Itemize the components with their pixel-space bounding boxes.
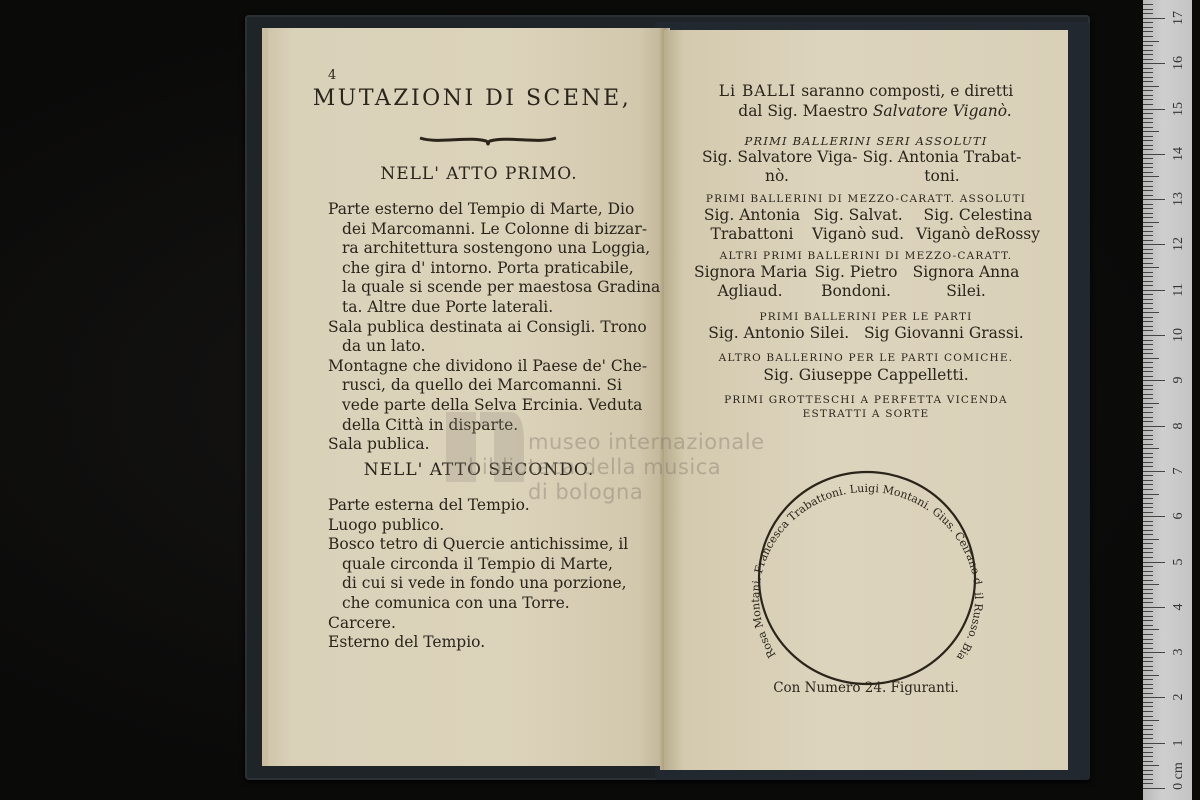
ruler-tick — [1143, 290, 1165, 291]
ruler-tick — [1143, 679, 1153, 680]
ruler-mark-label: 8 — [1171, 416, 1187, 436]
ruler-tick — [1143, 607, 1165, 608]
dancer-name: Bondoni. — [806, 282, 906, 301]
ruler-tick — [1143, 643, 1153, 644]
ruler-tick — [1143, 9, 1153, 10]
ruler-tick — [1143, 344, 1153, 345]
left-page: 4 MUTAZIONI DI SCENE, NELL' ATTO PRIMO. … — [262, 28, 670, 766]
dancer-name: Sig. Salvat. — [806, 206, 910, 225]
act-primo-text: Parte esterno del Tempio di Marte, Dio d… — [328, 200, 648, 455]
ruler-tick — [1143, 312, 1159, 313]
ruler-tick — [1143, 349, 1153, 350]
dancer-name: Sig. Antonia — [698, 206, 806, 225]
ruler-tick — [1143, 693, 1153, 694]
ruler-tick — [1143, 86, 1159, 87]
ruler-tick — [1143, 340, 1153, 341]
ruler-tick — [1143, 448, 1159, 449]
ruler-tick — [1143, 525, 1153, 526]
ruler-tick — [1143, 54, 1153, 55]
ruler-tick — [1143, 380, 1165, 381]
ruler-tick — [1143, 729, 1153, 730]
text-line: da un lato. — [328, 337, 648, 357]
ruler-tick — [1143, 743, 1165, 744]
ruler-tick — [1143, 145, 1153, 146]
ruler-tick — [1143, 453, 1153, 454]
ruler-mark-label: 13 — [1171, 189, 1187, 209]
ruler-tick — [1143, 706, 1153, 707]
ruler-tick — [1143, 45, 1153, 46]
text-line: quale circonda il Tempio di Marte, — [328, 555, 648, 575]
ruler-tick — [1143, 299, 1153, 300]
circular-name-ring: Rosa Montani. Francesca Trabattoni. Luig… — [736, 450, 996, 690]
ruler-tick — [1143, 675, 1159, 676]
ruler-tick — [1143, 734, 1153, 735]
ruler-tick — [1143, 557, 1153, 558]
ruler-tick — [1143, 222, 1159, 223]
section-names: Sig. AntoniaTrabattoni Sig. Salvat.Vigan… — [698, 206, 1046, 244]
ruler-tick — [1143, 127, 1153, 128]
ruler-tick — [1143, 602, 1153, 603]
right-page: Li BALLI saranno composti, e diretti dal… — [664, 30, 1068, 770]
ruler-tick — [1143, 104, 1153, 105]
dancer-name: Sig. Pietro — [806, 263, 906, 282]
ruler-tick — [1143, 566, 1153, 567]
ruler-mark-label: 15 — [1171, 99, 1187, 119]
section-heading: PRIMI BALLERINI PER LE PARTI — [664, 311, 1068, 323]
ruler-mark-label: 16 — [1171, 53, 1187, 73]
text-line: di cui si vede in fondo una porzione, — [328, 574, 648, 594]
choreographer-name: Salvatore Viganò. — [873, 102, 1012, 120]
ruler-tick — [1143, 439, 1153, 440]
ruler-tick — [1143, 172, 1153, 173]
ruler-tick — [1143, 697, 1165, 698]
ruler-tick — [1143, 543, 1153, 544]
ruler-tick — [1143, 648, 1153, 649]
ruler-tick — [1143, 358, 1159, 359]
ruler-tick — [1143, 376, 1153, 377]
ruler-tick — [1143, 31, 1153, 32]
dancer-name: Trabattoni — [698, 225, 806, 244]
ballets-intro-line2: dal Sig. Maestro Salvatore Viganò. — [664, 102, 1068, 121]
ruler-tick — [1143, 95, 1153, 96]
section-heading: PRIMI BALLERINI DI MEZZO-CARATT. ASSOLUT… — [664, 193, 1068, 205]
text-line: Bosco tetro di Quercie antichissime, il — [328, 535, 648, 555]
ruler-tick — [1143, 303, 1153, 304]
dancer-name: Viganò sud. — [806, 225, 910, 244]
dancer-name: Sig. Salvatore Viga- — [702, 148, 852, 167]
ruler-tick — [1143, 779, 1153, 780]
dancer-name: Signora Maria — [694, 263, 806, 282]
ruler-tick — [1143, 670, 1153, 671]
ruler-tick — [1143, 475, 1153, 476]
ruler-tick — [1143, 530, 1153, 531]
ruler-tick — [1143, 122, 1153, 123]
ruler-tick — [1143, 317, 1153, 318]
ruler-mark-label: 6 — [1171, 506, 1187, 526]
ruler-mark-label: 3 — [1171, 642, 1187, 662]
dancer-name: Silei. — [906, 282, 1026, 301]
ruler-mark-label: 14 — [1171, 144, 1187, 164]
text-line: vede parte della Selva Ercinia. Veduta — [328, 396, 648, 416]
ruler-tick — [1143, 629, 1159, 630]
ruler-tick — [1143, 81, 1153, 82]
ruler-tick — [1143, 716, 1153, 717]
ruler-tick — [1143, 113, 1153, 114]
ruler-tick — [1143, 68, 1153, 69]
ruler-tick — [1143, 235, 1153, 236]
ruler-tick — [1143, 720, 1159, 721]
ruler-tick — [1143, 783, 1153, 784]
ruler-tick — [1143, 552, 1153, 553]
ruler-tick — [1143, 417, 1153, 418]
ruler-tick — [1143, 367, 1153, 368]
ruler-tick — [1143, 634, 1153, 635]
ruler-tick — [1143, 13, 1153, 14]
ruler-tick — [1143, 186, 1153, 187]
section-names: Sig. Salvatore Viga-nò. Sig. Antonia Tra… — [702, 148, 1032, 186]
ruler-tick — [1143, 484, 1153, 485]
ruler-tick — [1143, 281, 1153, 282]
ruler-tick — [1143, 285, 1153, 286]
ruler-tick — [1143, 176, 1159, 177]
ruler-tick — [1143, 385, 1153, 386]
ruler-tick — [1143, 36, 1153, 37]
ruler-tick — [1143, 770, 1153, 771]
ruler-tick — [1143, 507, 1153, 508]
ruler-tick — [1143, 208, 1153, 209]
ornament-flourish-icon — [418, 132, 558, 146]
ruler-tick — [1143, 788, 1165, 789]
ruler-tick — [1143, 253, 1153, 254]
ruler-tick — [1143, 412, 1153, 413]
ruler-tick — [1143, 335, 1165, 336]
ruler-tick — [1143, 738, 1153, 739]
ruler-tick — [1143, 258, 1153, 259]
ruler-mark-label: 9 — [1171, 370, 1187, 390]
text-line: Parte esterna del Tempio. — [328, 496, 648, 516]
ruler-tick — [1143, 4, 1153, 5]
ruler-tick — [1143, 462, 1153, 463]
ruler-tick — [1143, 620, 1153, 621]
measuring-ruler: 0 cm1234567891011121314151617 — [1143, 0, 1192, 800]
ruler-mark-label: 10 — [1171, 325, 1187, 345]
ruler-tick — [1143, 421, 1153, 422]
text-line: che comunica con una Torre. — [328, 594, 648, 614]
ruler-tick — [1143, 276, 1153, 277]
ruler-tick — [1143, 489, 1153, 490]
ruler-mark-label: 4 — [1171, 597, 1187, 617]
ruler-tick — [1143, 756, 1153, 757]
ruler-tick — [1143, 407, 1153, 408]
ruler-tick — [1143, 562, 1165, 563]
ruler-tick — [1143, 580, 1153, 581]
ruler-tick — [1143, 267, 1159, 268]
text-line: rusci, da quello dei Marcomanni. Si — [328, 376, 648, 396]
ruler-tick — [1143, 616, 1153, 617]
ruler-tick — [1143, 403, 1159, 404]
text-line: della Città in disparte. — [328, 416, 648, 436]
act-secondo-text: Parte esterna del Tempio. Luogo publico.… — [328, 496, 648, 653]
ruler-tick — [1143, 294, 1153, 295]
ruler-tick — [1143, 99, 1153, 100]
ruler-mark-label: 2 — [1171, 687, 1187, 707]
ruler-tick — [1143, 204, 1153, 205]
section-names: Signora MariaAgliaud. Sig. PietroBondoni… — [694, 263, 1026, 301]
ruler-tick — [1143, 702, 1153, 703]
ruler-tick — [1143, 27, 1153, 28]
section-subheading: ESTRATTI A SORTE — [664, 408, 1068, 420]
dancer-name: Agliaud. — [694, 282, 806, 301]
ruler-tick — [1143, 516, 1165, 517]
ruler-tick — [1143, 90, 1153, 91]
text-line: Sala publica destinata ai Consigli. Tron… — [328, 318, 648, 338]
ruler-tick — [1143, 149, 1153, 150]
ruler-tick — [1143, 353, 1153, 354]
intro-text: saranno composti, e diretti — [796, 82, 1013, 100]
text-line: la quale si scende per maestosa Gradina- — [328, 278, 648, 298]
act-heading-secondo: NELL' ATTO SECONDO. — [268, 460, 670, 480]
ruler-tick — [1143, 226, 1153, 227]
ruler-tick — [1143, 195, 1153, 196]
ruler-tick — [1143, 326, 1153, 327]
section-heading: ALTRI PRIMI BALLERINI DI MEZZO-CARATT. — [664, 250, 1068, 262]
ruler-tick — [1143, 330, 1153, 331]
ruler-tick — [1143, 131, 1159, 132]
dancer-name: nò. — [702, 167, 852, 186]
ruler-tick — [1143, 308, 1153, 309]
ruler-tick — [1143, 471, 1165, 472]
ruler-tick — [1143, 480, 1153, 481]
ruler-tick — [1143, 109, 1165, 110]
ruler-tick — [1143, 321, 1153, 322]
ruler-tick — [1143, 118, 1153, 119]
ruler-tick — [1143, 774, 1153, 775]
balli-label: Li BALLI — [719, 82, 796, 100]
ruler-tick — [1143, 688, 1153, 689]
dancer-names-line: Sig. Giuseppe Cappelletti. — [664, 366, 1068, 385]
ruler-tick — [1143, 466, 1153, 467]
ruler-tick — [1143, 652, 1165, 653]
ruler-tick — [1143, 725, 1153, 726]
ruler-unit-label: 0 cm — [1171, 758, 1187, 794]
ruler-tick — [1143, 584, 1159, 585]
ruler-tick — [1143, 639, 1153, 640]
ruler-tick — [1143, 398, 1153, 399]
ruler-mark-label: 7 — [1171, 461, 1187, 481]
ruler-tick — [1143, 761, 1153, 762]
ruler-tick — [1143, 575, 1153, 576]
ruler-tick — [1143, 657, 1153, 658]
ruler-tick — [1143, 272, 1153, 273]
ruler-tick — [1143, 199, 1165, 200]
intro-text: dal Sig. Maestro — [738, 102, 873, 120]
text-line: Sala publica. — [328, 435, 648, 455]
ruler-tick — [1143, 72, 1153, 73]
ruler-tick — [1143, 426, 1165, 427]
ruler-tick — [1143, 521, 1153, 522]
ruler-tick — [1143, 512, 1153, 513]
ruler-tick — [1143, 41, 1159, 42]
text-line: Carcere. — [328, 614, 648, 634]
ruler-tick — [1143, 765, 1159, 766]
ruler-mark-label: 1 — [1171, 733, 1187, 753]
ruler-tick — [1143, 240, 1153, 241]
ruler-tick — [1143, 457, 1153, 458]
page-number: 4 — [328, 68, 336, 83]
ruler-tick — [1143, 371, 1153, 372]
ruler-tick — [1143, 666, 1153, 667]
dancer-name: Viganò deRossy — [910, 225, 1046, 244]
ruler-tick — [1143, 498, 1153, 499]
ruler-tick — [1143, 752, 1153, 753]
dancer-name: Sig. Celestina — [910, 206, 1046, 225]
text-line: ra architettura sostengono una Loggia, — [328, 239, 648, 259]
ruler-tick — [1143, 22, 1153, 23]
ruler-tick — [1143, 534, 1153, 535]
ruler-mark-label: 11 — [1171, 280, 1187, 300]
ruler-mark-label: 5 — [1171, 552, 1187, 572]
ruler-tick — [1143, 18, 1165, 19]
ruler-mark-label: 17 — [1171, 8, 1187, 28]
text-line: dei Marcomanni. Le Colonne di bizzar- — [328, 220, 648, 240]
ruler-tick — [1143, 244, 1165, 245]
ruler-tick — [1143, 181, 1153, 182]
ruler-tick — [1143, 50, 1153, 51]
ruler-tick — [1143, 661, 1153, 662]
ruler-tick — [1143, 213, 1153, 214]
section-heading: ALTRO BALLERINO PER LE PARTI COMICHE. — [664, 352, 1068, 364]
ruler-tick — [1143, 548, 1153, 549]
dancer-name: Signora Anna — [906, 263, 1026, 282]
ruler-tick — [1143, 711, 1153, 712]
ruler-tick — [1143, 63, 1165, 64]
ruler-tick — [1143, 394, 1153, 395]
text-line: che gira d' intorno. Porta praticabile, — [328, 259, 648, 279]
ruler-tick — [1143, 598, 1153, 599]
ruler-tick — [1143, 231, 1153, 232]
ruler-tick — [1143, 158, 1153, 159]
ruler-tick — [1143, 136, 1153, 137]
dancer-name: Sig. Antonia Trabat- — [852, 148, 1032, 167]
ruler-tick — [1143, 249, 1153, 250]
ruler-tick — [1143, 140, 1153, 141]
ruler-tick — [1143, 539, 1159, 540]
text-line: Esterno del Tempio. — [328, 633, 648, 653]
ruler-tick — [1143, 190, 1153, 191]
ruler-tick — [1143, 494, 1159, 495]
ruler-tick — [1143, 625, 1153, 626]
ruler-tick — [1143, 435, 1153, 436]
text-line: ta. Altre due Porte laterali. — [328, 298, 648, 318]
ruler-tick — [1143, 444, 1153, 445]
ruler-tick — [1143, 747, 1153, 748]
dancer-names-line: Sig. Antonio Silei. Sig Giovanni Grassi. — [664, 324, 1068, 343]
act-heading-primo: NELL' ATTO PRIMO. — [268, 164, 670, 184]
figuranti-count: Con Numero 24. Figuranti. — [664, 680, 1068, 696]
text-line: Parte esterno del Tempio di Marte, Dio — [328, 200, 648, 220]
ruler-tick — [1143, 362, 1153, 363]
ruler-tick — [1143, 77, 1153, 78]
ruler-tick — [1143, 389, 1153, 390]
ruler-tick — [1143, 167, 1153, 168]
ruler-tick — [1143, 611, 1153, 612]
ruler-tick — [1143, 589, 1153, 590]
ruler-tick — [1143, 163, 1153, 164]
dancer-name: toni. — [852, 167, 1032, 186]
ruler-tick — [1143, 263, 1153, 264]
section-heading: PRIMI GROTTESCHI A PERFETTA VICENDA — [664, 394, 1068, 406]
ruler-tick — [1143, 430, 1153, 431]
section-heading: PRIMI BALLERINI SERI ASSOLUTI — [664, 134, 1068, 148]
text-line: Montagne che dividono il Paese de' Che- — [328, 357, 648, 377]
ruler-tick — [1143, 571, 1153, 572]
ruler-mark-label: 12 — [1171, 234, 1187, 254]
ruler-tick — [1143, 593, 1153, 594]
text-line: Luogo publico. — [328, 516, 648, 536]
ruler-tick — [1143, 217, 1153, 218]
ruler-tick — [1143, 154, 1165, 155]
ruler-tick — [1143, 59, 1153, 60]
ruler-tick — [1143, 503, 1153, 504]
page-title: MUTAZIONI DI SCENE, — [268, 86, 670, 111]
ruler-tick — [1143, 684, 1153, 685]
ballets-intro-line1: Li BALLI saranno composti, e diretti — [664, 82, 1068, 101]
